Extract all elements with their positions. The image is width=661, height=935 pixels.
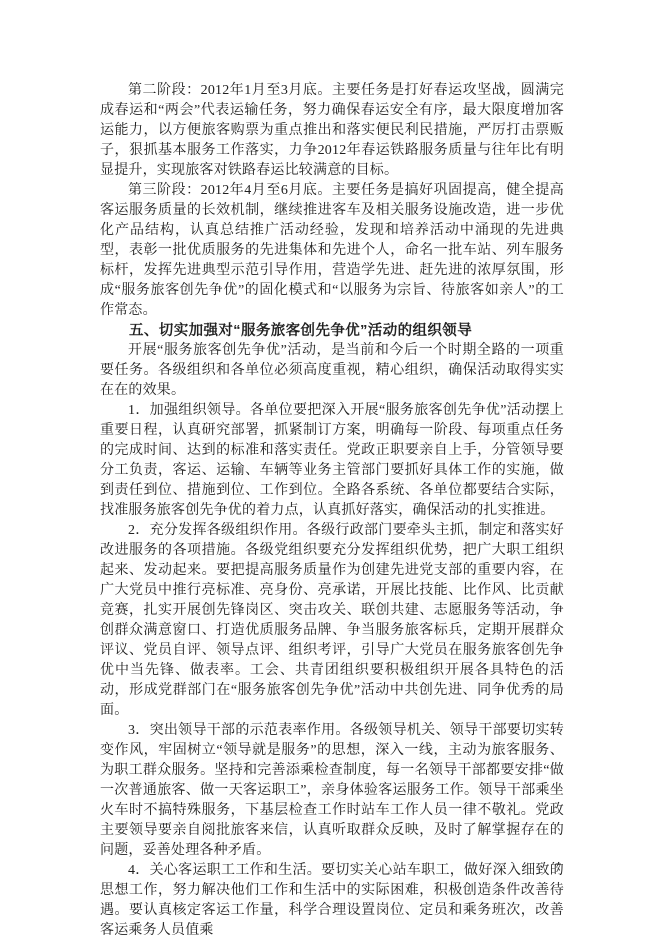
paragraph-stage-three: 第三阶段：2012年4月至6月底。主要任务是搞好巩固提高，健全提高客运服务质量的…: [100, 181, 564, 321]
page-text-block: 第二阶段：2012年1月至3月底。主要任务是打好春运攻坚战，圆满完成春运和“两会…: [100, 81, 564, 935]
paragraph-item-3: 3．突出领导干部的示范表率作用。各级领导机关、领导干部要切实转变作风，牢固树立“…: [100, 721, 564, 861]
paragraph-stage-two: 第二阶段：2012年1月至3月底。主要任务是打好春运攻坚战，圆满完成春运和“两会…: [100, 81, 564, 181]
document-page: 第二阶段：2012年1月至3月底。主要任务是打好春运攻坚战，圆满完成春运和“两会…: [0, 0, 661, 935]
paragraph-item-2: 2．充分发挥各级组织作用。各级行政部门要牵头主抓，制定和落实好改进服务的各项措施…: [100, 521, 564, 721]
paragraph-item-1: 1．加强组织领导。各单位要把深入开展“服务旅客创先争优”活动摆上重要日程，认真研…: [100, 401, 564, 521]
paragraph-intro: 开展“服务旅客创先争优”活动，是当前和今后一个时期全路的一项重要任务。各级组织和…: [100, 341, 564, 401]
page-number: 7: [548, 860, 568, 876]
section-heading: 五、切实加强对“服务旅客创先争优”活动的组织领导: [100, 321, 564, 341]
paragraph-item-4: 4．关心客运职工工作和生活。要切实关心站车职工，做好深入细致的思想工作，努力解决…: [100, 861, 564, 935]
